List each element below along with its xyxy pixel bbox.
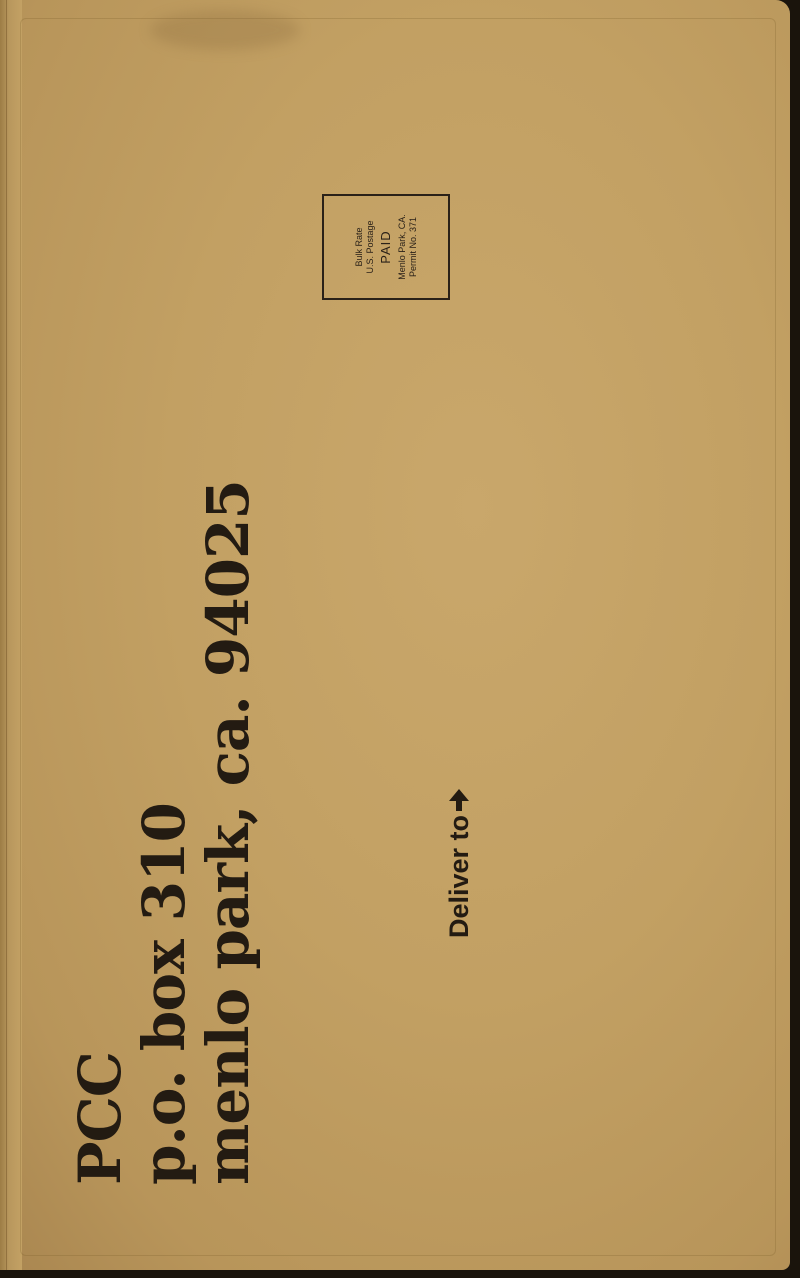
deliver-to-label: Deliver to xyxy=(442,789,476,938)
arrow-right-icon xyxy=(442,789,476,811)
deliver-to-text: Deliver to xyxy=(442,815,476,938)
return-address-city: menlo park, ca. 94025 xyxy=(196,480,260,1185)
indicia-paid: PAID xyxy=(380,230,391,263)
envelope: Bulk Rate U.S. Postage PAID Menlo Park, … xyxy=(0,0,790,1270)
indicia-line: Menlo Park, CA. xyxy=(397,214,408,280)
indicia-line: Permit No. 371 xyxy=(408,217,419,277)
return-address-name: PCC xyxy=(68,480,132,1185)
return-address: PCC p.o. box 310 menlo park, ca. 94025 xyxy=(68,480,260,1185)
indicia-line: Bulk Rate xyxy=(354,227,365,266)
postage-indicia: Bulk Rate U.S. Postage PAID Menlo Park, … xyxy=(322,194,450,300)
indicia-line: U.S. Postage xyxy=(365,220,376,273)
return-address-po-box: p.o. box 310 xyxy=(132,480,196,1185)
paper-stain xyxy=(150,10,300,50)
